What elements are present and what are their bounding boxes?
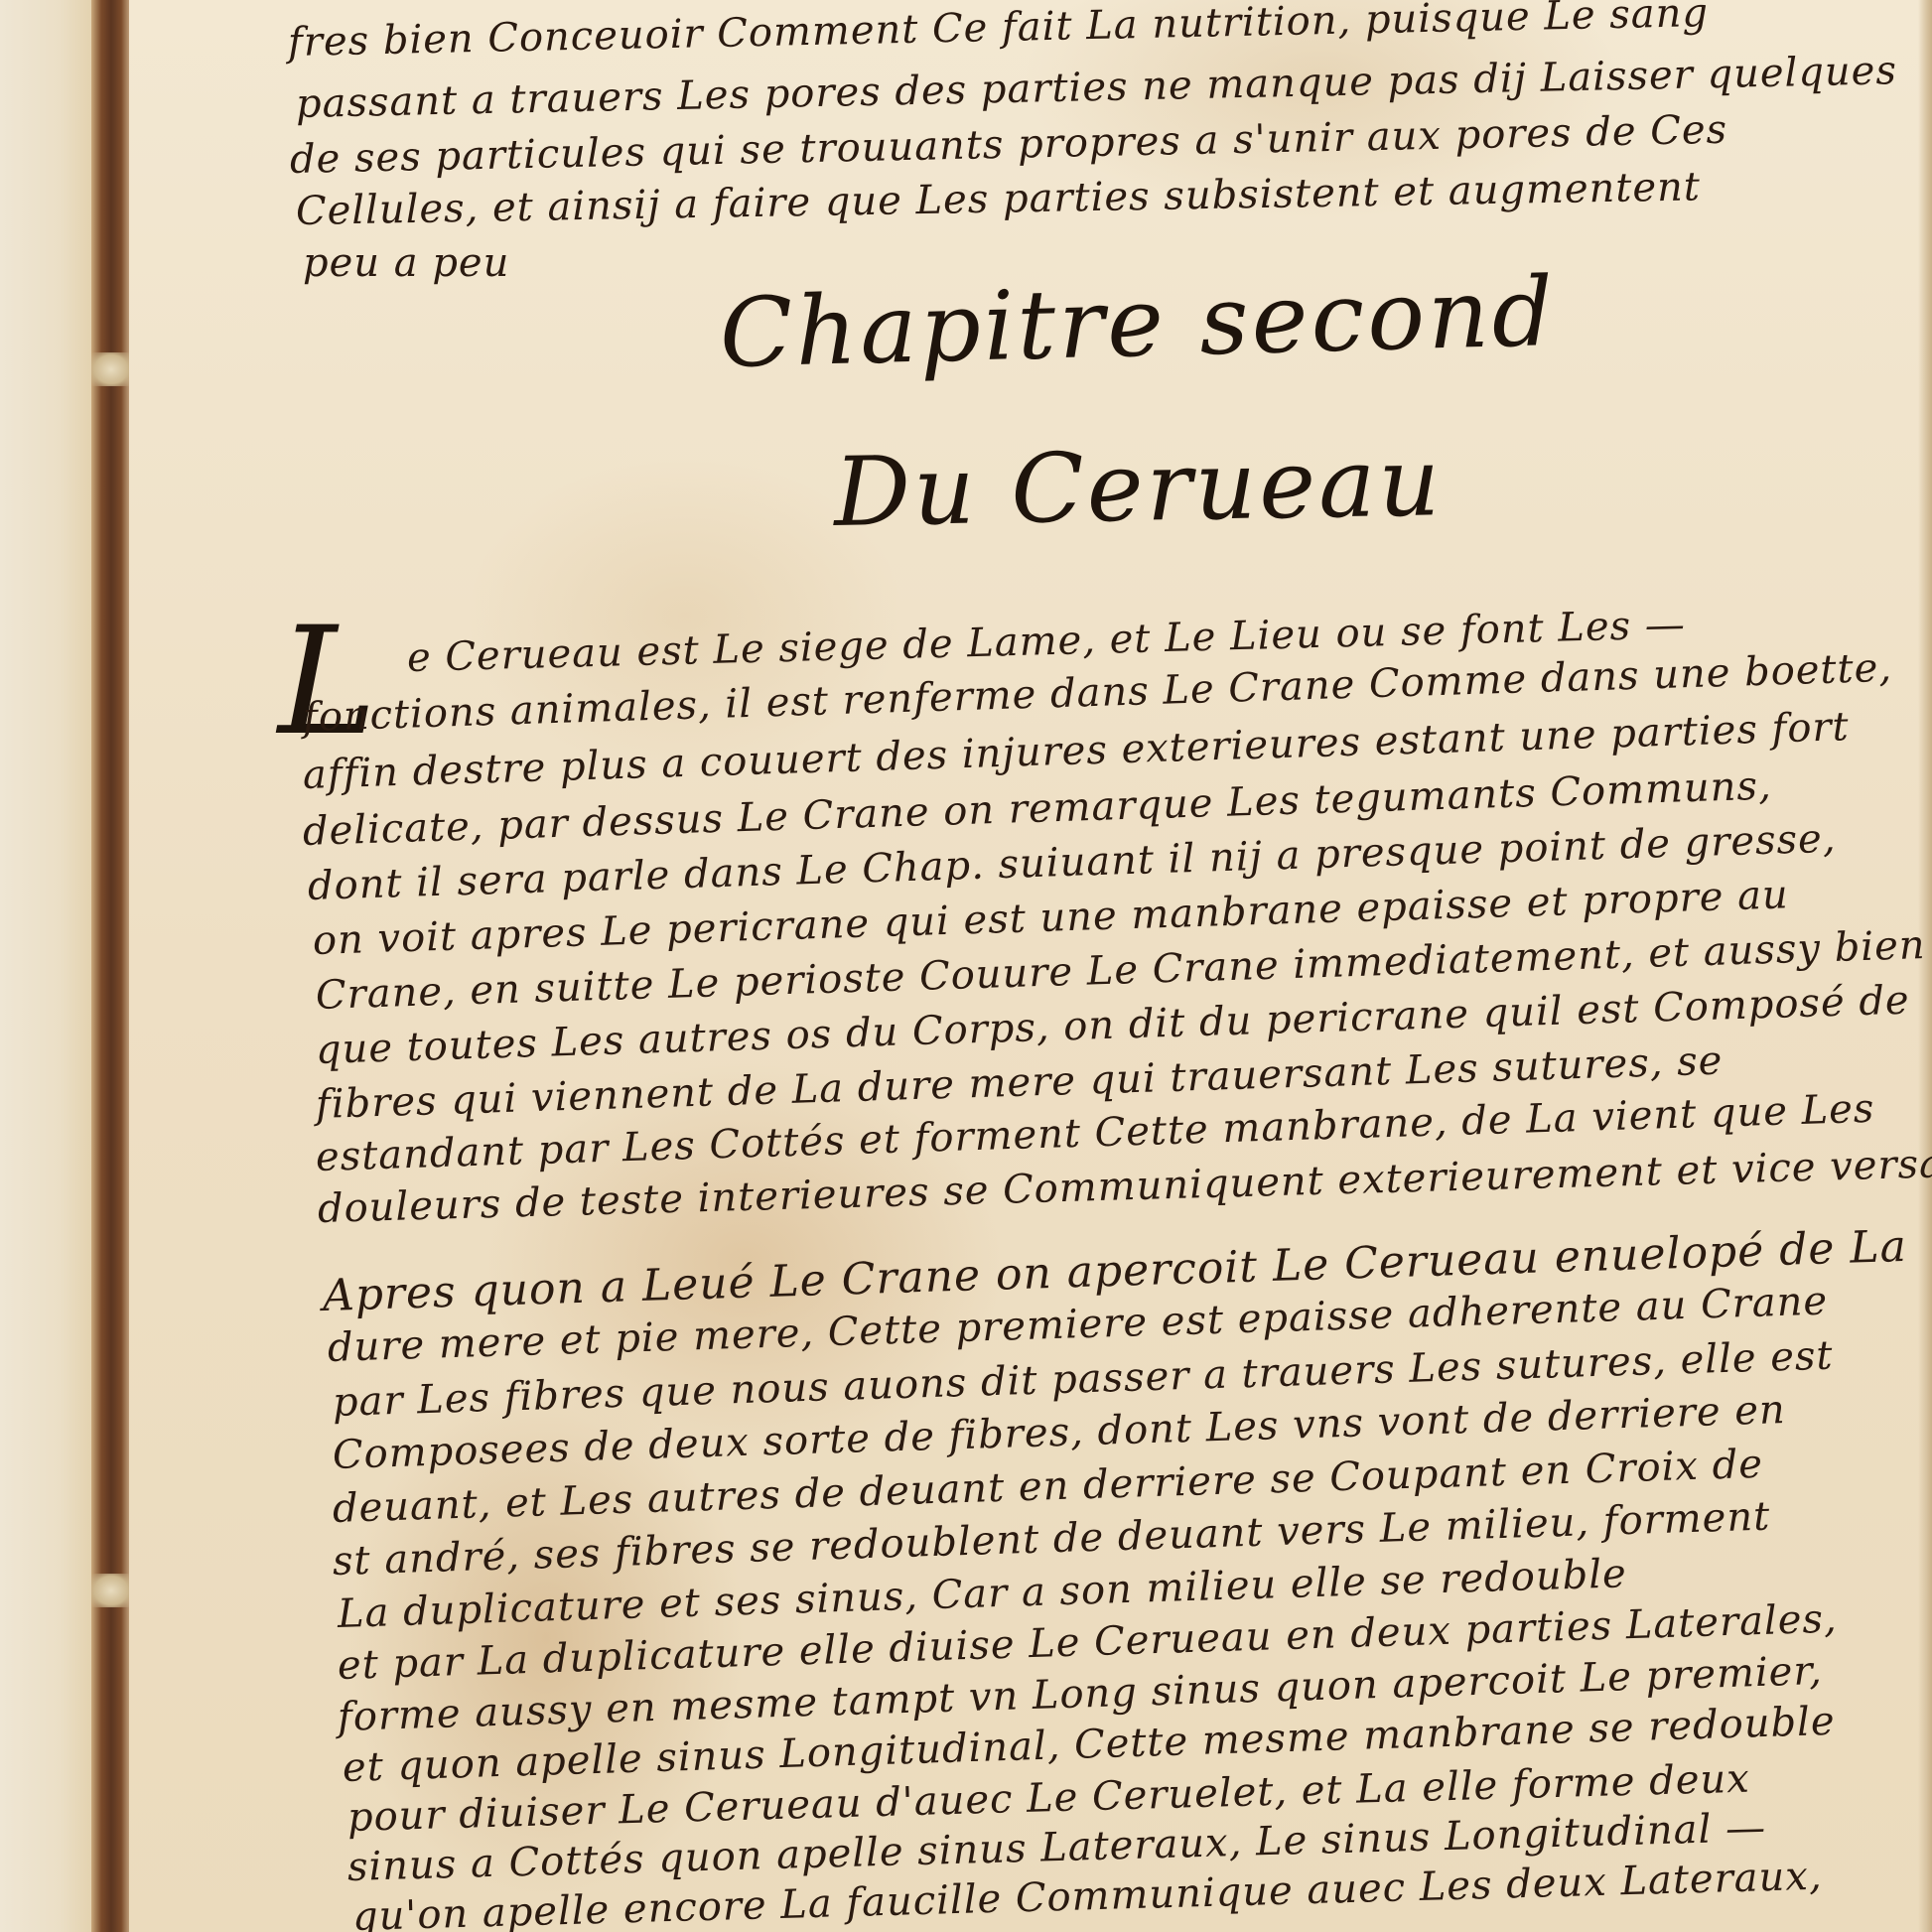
drop-cap: L [278, 596, 377, 768]
text-line: peu a peu [303, 240, 509, 286]
binding-thread [91, 1574, 131, 1607]
chapter-subtitle: Du Cerueau [833, 426, 1444, 548]
left-page-edge [0, 0, 99, 1932]
chapter-title: Chapitre second [719, 256, 1558, 389]
book-binding-gutter [91, 0, 131, 1932]
binding-thread [91, 352, 131, 386]
